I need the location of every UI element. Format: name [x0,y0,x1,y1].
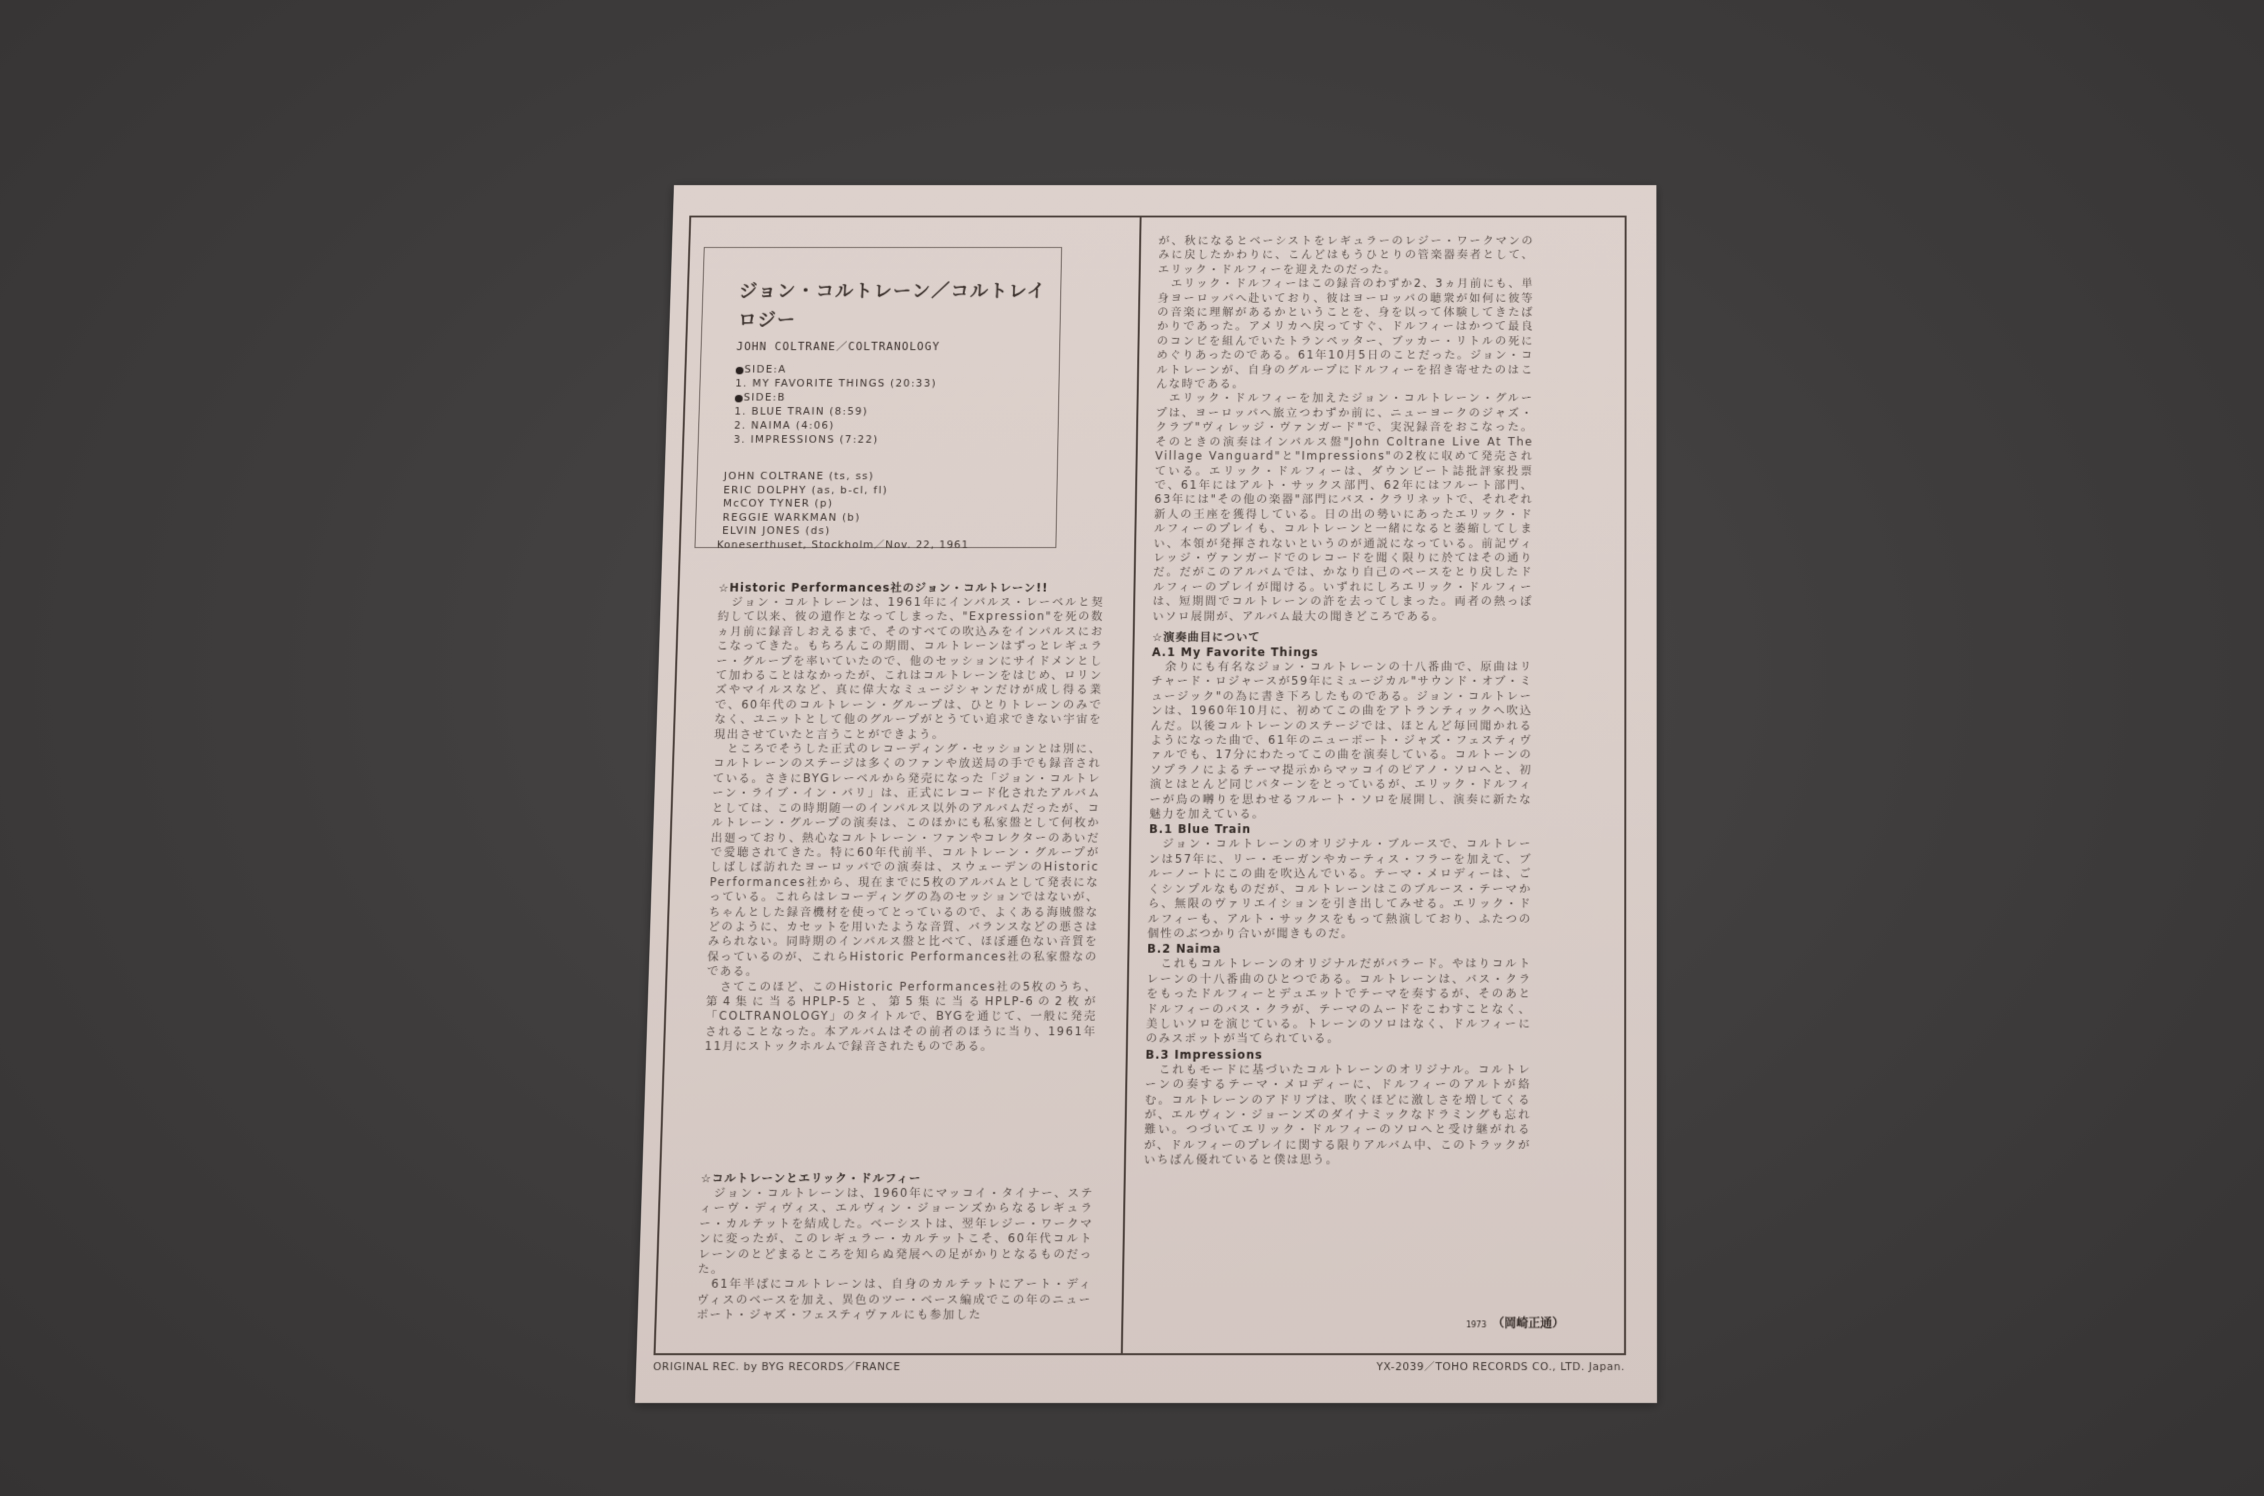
track-item: 1. BLUE TRAIN (8:59) [734,405,936,419]
section-coltrane-dolphy: ☆コルトレーンとエリック・ドルフィー ジョン・コルトレーンは、1960年にマッコ… [696,1170,1094,1323]
signature-author: （岡崎正通） [1492,1316,1564,1330]
section-dolphy-continued: が、秋になるとベーシストをレギュラーのレジー・ワークマンのみに戻したかわりに、こ… [1152,234,1534,624]
track-heading-my-favorite-things: A.1 My Favorite Things [1152,645,1533,660]
album-info-box: ジョン・コルトレーン／コルトレイロジー JOHN COLTRANE／COLTRA… [694,247,1062,548]
left-column: ジョン・コルトレーン／コルトレイロジー JOHN COLTRANE／COLTRA… [656,217,1140,1353]
section-track-notes: ☆演奏曲目について A.1 My Favorite Things 余りにも有名な… [1144,629,1533,1168]
signature-year: 1973 [1466,1320,1486,1329]
track-heading-naima: B.2 Naima [1147,941,1532,957]
footer-catalog: YX-2039／TOHO RECORDS CO., LTD. Japan. [1376,1359,1625,1374]
section-heading: ☆コルトレーンとエリック・ドルフィー [701,1170,1095,1186]
section-body: ジョン・コルトレーンは、1961年にインパルス・レーベルと契約して以来、彼の遺作… [704,595,1104,1054]
footer-original-rec: ORIGINAL REC. by BYG RECORDS／FRANCE [653,1359,901,1374]
recording-location-date: Koneserthuset, Stockholm／Nov. 22, 1961 [717,538,970,552]
personnel-item: ELVIN JONES (ds) [722,525,887,539]
side-b-label: SIDE:B [735,391,937,405]
bullet-icon [735,394,743,401]
section-heading: ☆演奏曲目について [1152,629,1533,644]
personnel-item: REGGIE WARKMAN (b) [722,511,887,525]
liner-notes-sheet: ジョン・コルトレーン／コルトレイロジー JOHN COLTRANE／COLTRA… [635,185,1657,1403]
section-body: ジョン・コルトレーンは、1960年にマッコイ・タイナー、スティーヴ・ディヴィス、… [696,1186,1093,1323]
personnel-item: ERIC DOLPHY (as, b-cl, fl) [723,484,888,498]
personnel-item: McCOY TYNER (p) [723,497,888,511]
author-signature: 1973（岡崎正通） [1466,1314,1564,1331]
side-a-label: SIDE:A [736,363,938,377]
track-item: 2. NAIMA (4:06) [734,419,936,433]
track-heading-impressions: B.3 Impressions [1145,1047,1531,1063]
personnel-item: JOHN COLTRANE (ts, ss) [724,470,889,484]
album-title-japanese: ジョン・コルトレーン／コルトレイロジー [738,278,1048,336]
section-historic-performances: ☆Historic Performances社のジョン・コルトレーン!! ジョン… [704,580,1104,1054]
personnel-list: JOHN COLTRANE (ts, ss) ERIC DOLPHY (as, … [722,470,889,539]
tracklist: SIDE:A 1. MY FAVORITE THINGS (20:33) SID… [733,363,937,447]
right-column: が、秋になるとベーシストをレギュラーのレジー・ワークマンのみに戻したかわりに、こ… [1123,217,1625,1353]
track-heading-blue-train: B.1 Blue Train [1149,822,1532,837]
section-heading: ☆Historic Performances社のジョン・コルトレーン!! [718,580,1104,595]
bullet-icon [736,366,744,373]
track-item: 3. IMPRESSIONS (7:22) [733,433,935,447]
album-title-english: JOHN COLTRANE／COLTRANOLOGY [736,339,940,354]
track-item: 1. MY FAVORITE THINGS (20:33) [735,377,937,391]
page-frame: ジョン・コルトレーン／コルトレイロジー JOHN COLTRANE／COLTRA… [654,216,1627,1356]
